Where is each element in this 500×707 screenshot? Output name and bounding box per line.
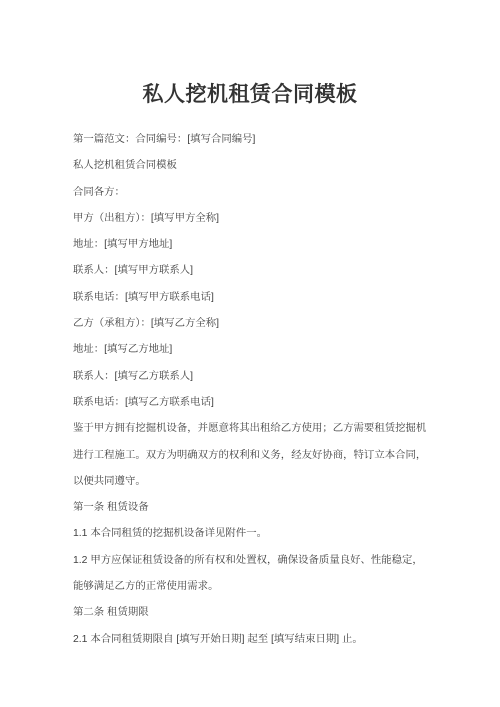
heading-article-2: 第二条 租赁期限	[73, 600, 428, 626]
paragraph-party-a-phone: 联系电话：[填写甲方联系电话]	[73, 285, 428, 311]
paragraph-subtitle: 私人挖机租赁合同模板	[73, 153, 428, 179]
document-body: 第一篇范文：合同编号：[填写合同编号] 私人挖机租赁合同模板 合同各方： 甲方（…	[0, 109, 500, 653]
heading-article-1: 第一条 租赁设备	[73, 495, 428, 521]
paragraph-party-b-contact: 联系人：[填写乙方联系人]	[73, 364, 428, 390]
paragraph-clause-1-1: 1.1 本合同租赁的挖掘机设备详见附件一。	[73, 521, 428, 547]
paragraph-party-a: 甲方（出租方）：[填写甲方全称]	[73, 206, 428, 232]
paragraph-party-b: 乙方（承租方）：[填写乙方全称]	[73, 311, 428, 337]
paragraph-clause-2-1: 2.1 本合同租赁期限自 [填写开始日期] 起至 [填写结束日期] 止。	[73, 627, 428, 653]
paragraph-clause-1-2: 1.2 甲方应保证租赁设备的所有权和处置权，确保设备质量良好、性能稳定，能够满足…	[73, 548, 428, 601]
paragraph-party-b-phone: 联系电话：[填写乙方联系电话]	[73, 390, 428, 416]
document-title: 私人挖机租赁合同模板	[0, 0, 500, 109]
paragraph-party-a-contact: 联系人：[填写甲方联系人]	[73, 258, 428, 284]
paragraph-party-a-address: 地址：[填写甲方地址]	[73, 232, 428, 258]
paragraph-intro-label: 第一篇范文：合同编号：[填写合同编号]	[73, 127, 428, 153]
paragraph-parties-label: 合同各方：	[73, 180, 428, 206]
document-page: 私人挖机租赁合同模板 第一篇范文：合同编号：[填写合同编号] 私人挖机租赁合同模…	[0, 0, 500, 707]
paragraph-preamble: 鉴于甲方拥有挖掘机设备，并愿意将其出租给乙方使用；乙方需要租赁挖掘机进行工程施工…	[73, 416, 428, 495]
paragraph-party-b-address: 地址：[填写乙方地址]	[73, 337, 428, 363]
